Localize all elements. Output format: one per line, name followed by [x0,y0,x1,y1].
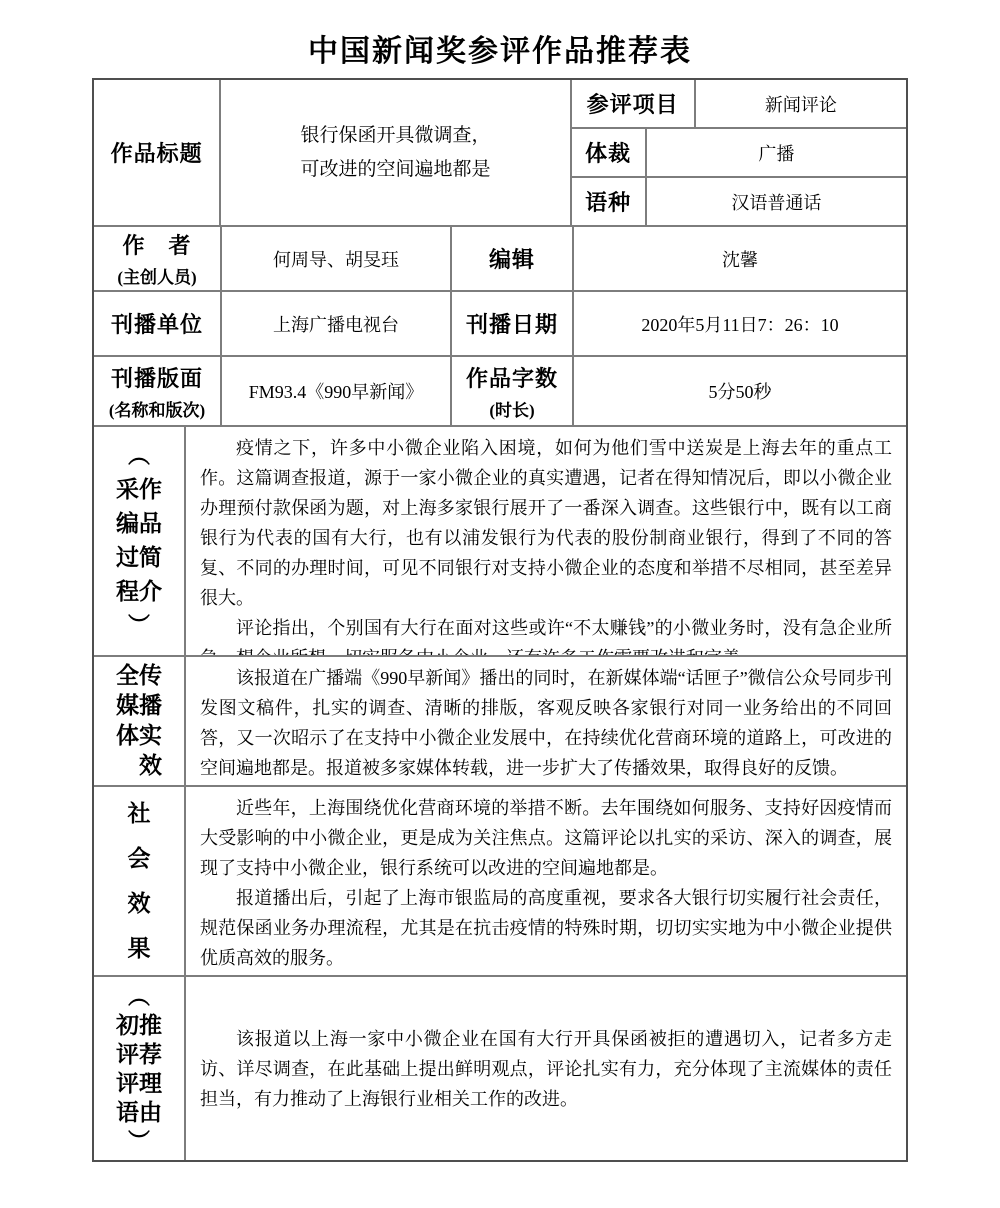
publish-unit-label: 刊播单位 [94,292,222,357]
publish-page-label: 刊播版面 (名称和版次) [94,357,222,427]
section-recommendation-body: 该报道以上海一家中小微企业在国有大行开具保函被拒的遭遇切入，记者多方走访、详尽调… [186,977,906,1160]
section-social-effect: 社 会 效 果 近些年，上海围绕优化营商环境的举措不断。去年围绕如何服务、支持好… [94,787,906,977]
recommendation-form-table: 作品标题 银行保函开具微调查， 可改进的空间遍地都是 参评项目 新闻评论 体裁 … [92,78,908,1162]
publish-date-label: 刊播日期 [452,292,574,357]
paragraph: 该报道以上海一家中小微企业在国有大行开具保函被拒的遭遇切入，记者多方走访、详尽调… [200,1024,892,1114]
paragraph: 该报道在广播端《990早新闻》播出的同时，在新媒体端“话匣子”微信公众号同步刊发… [200,663,892,783]
section-social-effect-body: 近些年，上海围绕优化营商环境的举措不断。去年围绕如何服务、支持好因疫情而大受影响… [186,787,906,977]
editor-value: 沈馨 [574,227,906,292]
language-value: 汉语普通话 [647,178,906,225]
section-media-effect: 全传 媒播 体实 效 该报道在广播端《990早新闻》播出的同时，在新媒体端“话匣… [94,657,906,787]
section-media-effect-label: 全传 媒播 体实 效 [94,657,186,787]
section-work-intro-body: 疫情之下，许多中小微企业陷入困境，如何为他们雪中送炭是上海去年的重点工作。这篇调… [186,427,906,657]
editor-label: 编辑 [452,227,574,292]
work-title-label: 作品标题 [94,80,221,227]
publish-page-sublabel: (名称和版次) [109,396,205,421]
publish-unit-value: 上海广播电视台 [222,292,452,357]
author-value: 何周导、胡旻珏 [222,227,452,292]
paragraph: 评论指出，个别国有大行在面对这些或许“不太赚钱”的小微业务时，没有急企业所急、想… [200,613,892,657]
row-genre: 体裁 广播 [572,129,906,178]
genre-value: 广播 [647,129,906,178]
section-work-intro-label: ︵ 采作 编品 过简 程介 ︶ [94,427,186,657]
author-label: 作 者 (主创人员) [94,227,222,292]
entry-item-value: 新闻评论 [696,80,906,129]
row-publish-unit-date: 刊播单位 上海广播电视台 刊播日期 2020年5月11日7：26：10 [94,292,906,357]
work-title-lines: 银行保函开具微调查， 可改进的空间遍地都是 [301,119,491,187]
work-title-label-text: 作品标题 [111,137,203,168]
row-language: 语种 汉语普通话 [572,178,906,225]
section-social-effect-label: 社 会 效 果 [94,787,186,977]
genre-label: 体裁 [572,129,647,178]
language-label: 语种 [572,178,647,225]
page-title: 中国新闻奖参评作品推荐表 [0,26,1000,70]
section-media-effect-body: 该报道在广播端《990早新闻》播出的同时，在新媒体端“话匣子”微信公众号同步刊发… [186,657,906,787]
work-title-value: 银行保函开具微调查， 可改进的空间遍地都是 [221,80,571,227]
section-recommendation: ︵ 初推 评荐 评理 语由 ︶ 该报道以上海一家中小微企业在国有大行开具保函被拒… [94,977,906,1160]
row-author-editor: 作 者 (主创人员) 何周导、胡旻珏 编辑 沈馨 [94,227,906,292]
length-sublabel: (时长) [489,396,534,421]
author-sublabel: (主创人员) [117,263,196,288]
right-block: 参评项目 新闻评论 体裁 广播 语种 汉语普通话 [572,80,906,227]
work-title-line2: 可改进的空间遍地都是 [301,153,491,187]
entry-item-label: 参评项目 [572,80,696,129]
row-page-length: 刊播版面 (名称和版次) FM93.4《990早新闻》 作品字数 (时长) 5分… [94,357,906,427]
section-recommendation-label: ︵ 初推 评荐 评理 语由 ︶ [94,977,186,1160]
publish-date-value: 2020年5月11日7：26：10 [574,292,906,357]
paragraph: 疫情之下，许多中小微企业陷入困境，如何为他们雪中送炭是上海去年的重点工作。这篇调… [200,433,892,613]
work-title-line1: 银行保函开具微调查， [301,119,491,153]
row-entry-item: 参评项目 新闻评论 [572,80,906,129]
length-value: 5分50秒 [574,357,906,427]
paragraph: 近些年，上海围绕优化营商环境的举措不断。去年围绕如何服务、支持好因疫情而大受影响… [200,793,892,883]
publish-page-value: FM93.4《990早新闻》 [222,357,452,427]
length-label: 作品字数 (时长) [452,357,574,427]
section-work-intro: ︵ 采作 编品 过简 程介 ︶ 疫情之下，许多中小微企业陷入困境，如何为他们雪中… [94,427,906,657]
paragraph: 报道播出后，引起了上海市银监局的高度重视，要求各大银行切实履行社会责任，规范保函… [200,883,892,973]
row-work-title: 作品标题 银行保函开具微调查， 可改进的空间遍地都是 参评项目 新闻评论 体裁 … [94,80,906,227]
